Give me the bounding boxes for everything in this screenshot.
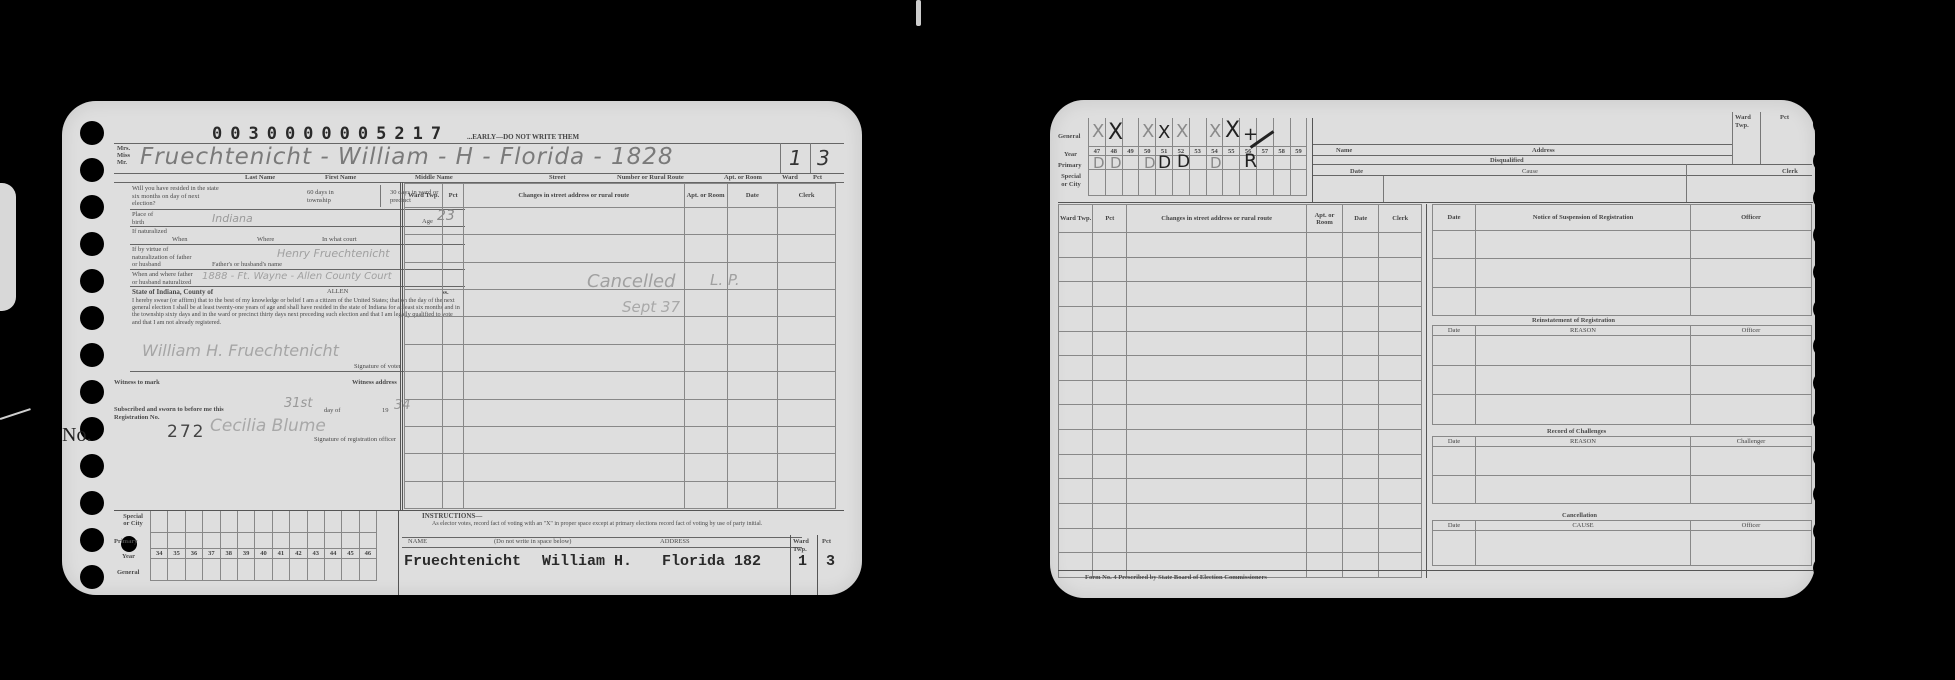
- label-apt: Apt. or Room: [724, 174, 762, 182]
- back-pct-label: Pct: [1780, 114, 1789, 122]
- officer-signature-label: Signature of registration officer: [314, 436, 396, 444]
- th-date: Date: [727, 184, 777, 208]
- registration-number: 272: [167, 422, 205, 442]
- label-first-name: First Name: [325, 174, 356, 182]
- serial-number: 0030000005217: [212, 124, 449, 144]
- front-voting-grid: 34 35 36 37 38 39 40 41 42 43 44 45 46: [150, 511, 377, 581]
- general-mark-51: X: [1158, 122, 1170, 144]
- front-changes-table: Ward Twp. Pct Changes in street address …: [404, 183, 836, 509]
- instructions-text: As elector votes, record fact of voting …: [432, 521, 832, 528]
- row-label-primary: Primary: [114, 538, 137, 546]
- th-clerk: Clerk: [778, 184, 836, 208]
- label-middle-name: Middle Name: [415, 174, 453, 182]
- subscribed-day-of: day of: [324, 407, 340, 415]
- typed-last-name: Fruechtenicht: [404, 553, 521, 570]
- back-ward-label: Ward Twp.: [1735, 114, 1757, 129]
- registration-card-back: General Year Primary Special or City 47 …: [1050, 100, 1815, 598]
- back-row-label-year: Year: [1064, 151, 1077, 159]
- typed-pct: 3: [826, 553, 835, 570]
- challenges-table: Date REASON Challenger: [1432, 436, 1812, 504]
- primary-mark-52: D: [1177, 151, 1190, 173]
- scan-artifact: [0, 408, 31, 419]
- year-58: 58: [1274, 147, 1291, 156]
- year-44: 44: [325, 549, 342, 559]
- back-address-label: Address: [1532, 147, 1555, 155]
- pct-value: 3: [817, 146, 830, 170]
- instructions-ward-label: Ward Twp.: [793, 538, 815, 553]
- instructions-pct-label: Pct: [822, 538, 831, 546]
- year-35: 35: [168, 549, 185, 559]
- reinstatement-title: Reinstatement of Registration: [1532, 317, 1615, 325]
- th-pct: Pct: [1093, 205, 1127, 233]
- year-42: 42: [290, 549, 307, 559]
- question-by-virtue: If by virtue of naturalization of father…: [132, 246, 197, 269]
- year-40: 40: [255, 549, 272, 559]
- th-clerk: Clerk: [1379, 205, 1422, 233]
- back-row-label-special: Special or City: [1060, 173, 1082, 188]
- oath-heading: State of Indiana, County of: [132, 289, 213, 297]
- witness-address-label: Witness address: [352, 379, 397, 387]
- cancellation-table: Date CAUSE Officer: [1432, 520, 1812, 566]
- witness-mark-label: Witness to mark: [114, 379, 160, 387]
- year-55: 55: [1223, 147, 1240, 156]
- ward-value: 1: [789, 146, 802, 170]
- year-39: 39: [238, 549, 255, 559]
- adjacent-card-edge: [0, 183, 16, 311]
- cancelled-initials: L. P.: [710, 271, 740, 289]
- year-46: 46: [360, 549, 377, 559]
- handwritten-name-line: Fruechtenicht - William - H - Florida - …: [140, 144, 674, 170]
- label-street: Street: [549, 174, 565, 182]
- th-cancellation-date: Date: [1433, 521, 1476, 531]
- row-label-special: Special or City: [120, 513, 146, 527]
- th-apt: Apt. or Room: [684, 184, 727, 208]
- year-34: 34: [151, 549, 168, 559]
- th-date: Date: [1343, 205, 1379, 233]
- back-changes-table: Ward Twp. Pct Changes in street address …: [1058, 204, 1422, 578]
- general-mark-52: X: [1176, 123, 1188, 141]
- th-challenges-date: Date: [1433, 437, 1476, 447]
- signature-label: Signature of voter: [354, 363, 401, 371]
- primary-mark-56: R: [1244, 150, 1257, 172]
- year-43: 43: [308, 549, 325, 559]
- voter-signature: William H. Fruechtenicht: [142, 341, 339, 360]
- subscribed-year-prefix: 19: [382, 407, 389, 415]
- cancelled-date: Sept 37: [622, 298, 680, 316]
- general-mark-47: X: [1092, 123, 1104, 141]
- year-41: 41: [273, 549, 290, 559]
- registration-number-prefix: No.: [62, 424, 91, 447]
- suspension-table: Date Notice of Suspension of Registratio…: [1432, 204, 1812, 316]
- officer-signature: Cecilia Blume: [210, 416, 326, 436]
- subscribed-text: Subscribed and sworn to before me this: [114, 406, 224, 414]
- header-notice: ...EARLY—DO NOT WRITE THEM: [467, 133, 579, 141]
- instructions-heading: INSTRUCTIONS—: [422, 513, 482, 521]
- honorific-options: Mrs.MissMr.: [117, 145, 130, 166]
- year-38: 38: [221, 549, 238, 559]
- year-57: 57: [1257, 147, 1274, 156]
- th-apt: Apt. or Room: [1306, 205, 1342, 233]
- typed-address: Florida 182: [662, 553, 761, 570]
- general-mark-54: X: [1209, 123, 1221, 141]
- general-mark-50: X: [1142, 123, 1154, 141]
- fathers-name-value: Henry Fruechtenicht: [277, 247, 390, 260]
- typed-first-name: William H.: [542, 553, 632, 570]
- typed-ward: 1: [798, 553, 807, 570]
- general-mark-48: X: [1108, 122, 1123, 144]
- th-changes: Changes in street address or rural route: [1127, 205, 1306, 233]
- oath-county: ALLEN: [327, 288, 348, 296]
- year-36: 36: [186, 549, 203, 559]
- th-changes: Changes in street address or rural route: [464, 184, 684, 208]
- label-pct: Pct: [813, 174, 822, 182]
- cancelled-entry: Cancelled: [587, 271, 675, 292]
- row-label-general: General: [117, 569, 139, 577]
- th-reinstatement-reason: REASON: [1476, 326, 1691, 336]
- th-suspension-date: Date: [1433, 205, 1476, 231]
- label-ward: Ward: [782, 174, 798, 182]
- question-resided: Will you have resided in the state six m…: [132, 185, 220, 208]
- father-naturalized-value: 1888 - Ft. Wayne - Allen County Court: [202, 271, 392, 282]
- challenges-title: Record of Challenges: [1547, 428, 1606, 436]
- label-when: When: [172, 236, 188, 244]
- primary-mark-51: D: [1158, 152, 1171, 174]
- th-challenges-challenger: Challenger: [1691, 437, 1812, 447]
- th-cancellation-officer: Officer: [1691, 521, 1812, 531]
- th-suspension-notice: Notice of Suspension of Registration: [1476, 205, 1691, 231]
- th-ward: Ward Twp.: [405, 184, 443, 208]
- th-suspension-officer: Officer: [1691, 205, 1812, 231]
- question-when-where-father: When and where father or husband natural…: [132, 271, 194, 286]
- year-37: 37: [203, 549, 220, 559]
- year-53: 53: [1190, 147, 1207, 156]
- question-birth: Place of birth: [132, 211, 160, 226]
- instructions-name-label: NAME: [408, 538, 427, 546]
- label-fathers-name: Father's or husband's name: [212, 261, 282, 269]
- subscribed-day: 31st: [284, 396, 312, 411]
- year-49: 49: [1123, 147, 1140, 156]
- th-reinstatement-officer: Officer: [1691, 326, 1812, 336]
- label-where: Where: [257, 236, 274, 244]
- instructions-address-label: ADDRESS: [660, 538, 690, 546]
- registration-card-front: 0030000005217 ...EARLY—DO NOT WRITE THEM…: [62, 101, 862, 595]
- question-township: 60 days in township: [307, 189, 355, 204]
- reinstatement-table: Date REASON Officer: [1432, 325, 1812, 425]
- cancellation-title: Cancellation: [1562, 512, 1597, 520]
- label-last-name: Last Name: [245, 174, 275, 182]
- back-row-label-general: General: [1058, 133, 1080, 141]
- th-ward: Ward Twp.: [1059, 205, 1093, 233]
- registration-no-label: Registration No.: [114, 414, 160, 422]
- primary-mark-47: D: [1093, 154, 1105, 172]
- th-cancellation-cause: CAUSE: [1476, 521, 1691, 531]
- label-court: In what court: [322, 236, 357, 244]
- year-45: 45: [342, 549, 359, 559]
- form-footer: Form No. 4 Prescribed by State Board of …: [1085, 574, 1267, 582]
- general-mark-55: X: [1225, 120, 1240, 142]
- th-reinstatement-date: Date: [1433, 326, 1476, 336]
- primary-mark-50: D: [1144, 154, 1156, 172]
- back-row-label-primary: Primary: [1058, 162, 1081, 170]
- row-label-year: Year: [122, 553, 135, 561]
- scan-artifact: [916, 0, 921, 26]
- label-number: Number or Rural Route: [617, 174, 684, 182]
- year-59: 59: [1291, 147, 1308, 156]
- th-challenges-reason: REASON: [1476, 437, 1691, 447]
- th-pct: Pct: [443, 184, 464, 208]
- instructions-dont-write: (Do not write in space below): [494, 538, 571, 546]
- primary-mark-48: D: [1110, 154, 1122, 172]
- primary-mark-54: D: [1210, 154, 1222, 172]
- back-name-label: Name: [1336, 147, 1352, 155]
- question-naturalized: If naturalized: [132, 228, 167, 236]
- birth-value: Indiana: [212, 212, 253, 225]
